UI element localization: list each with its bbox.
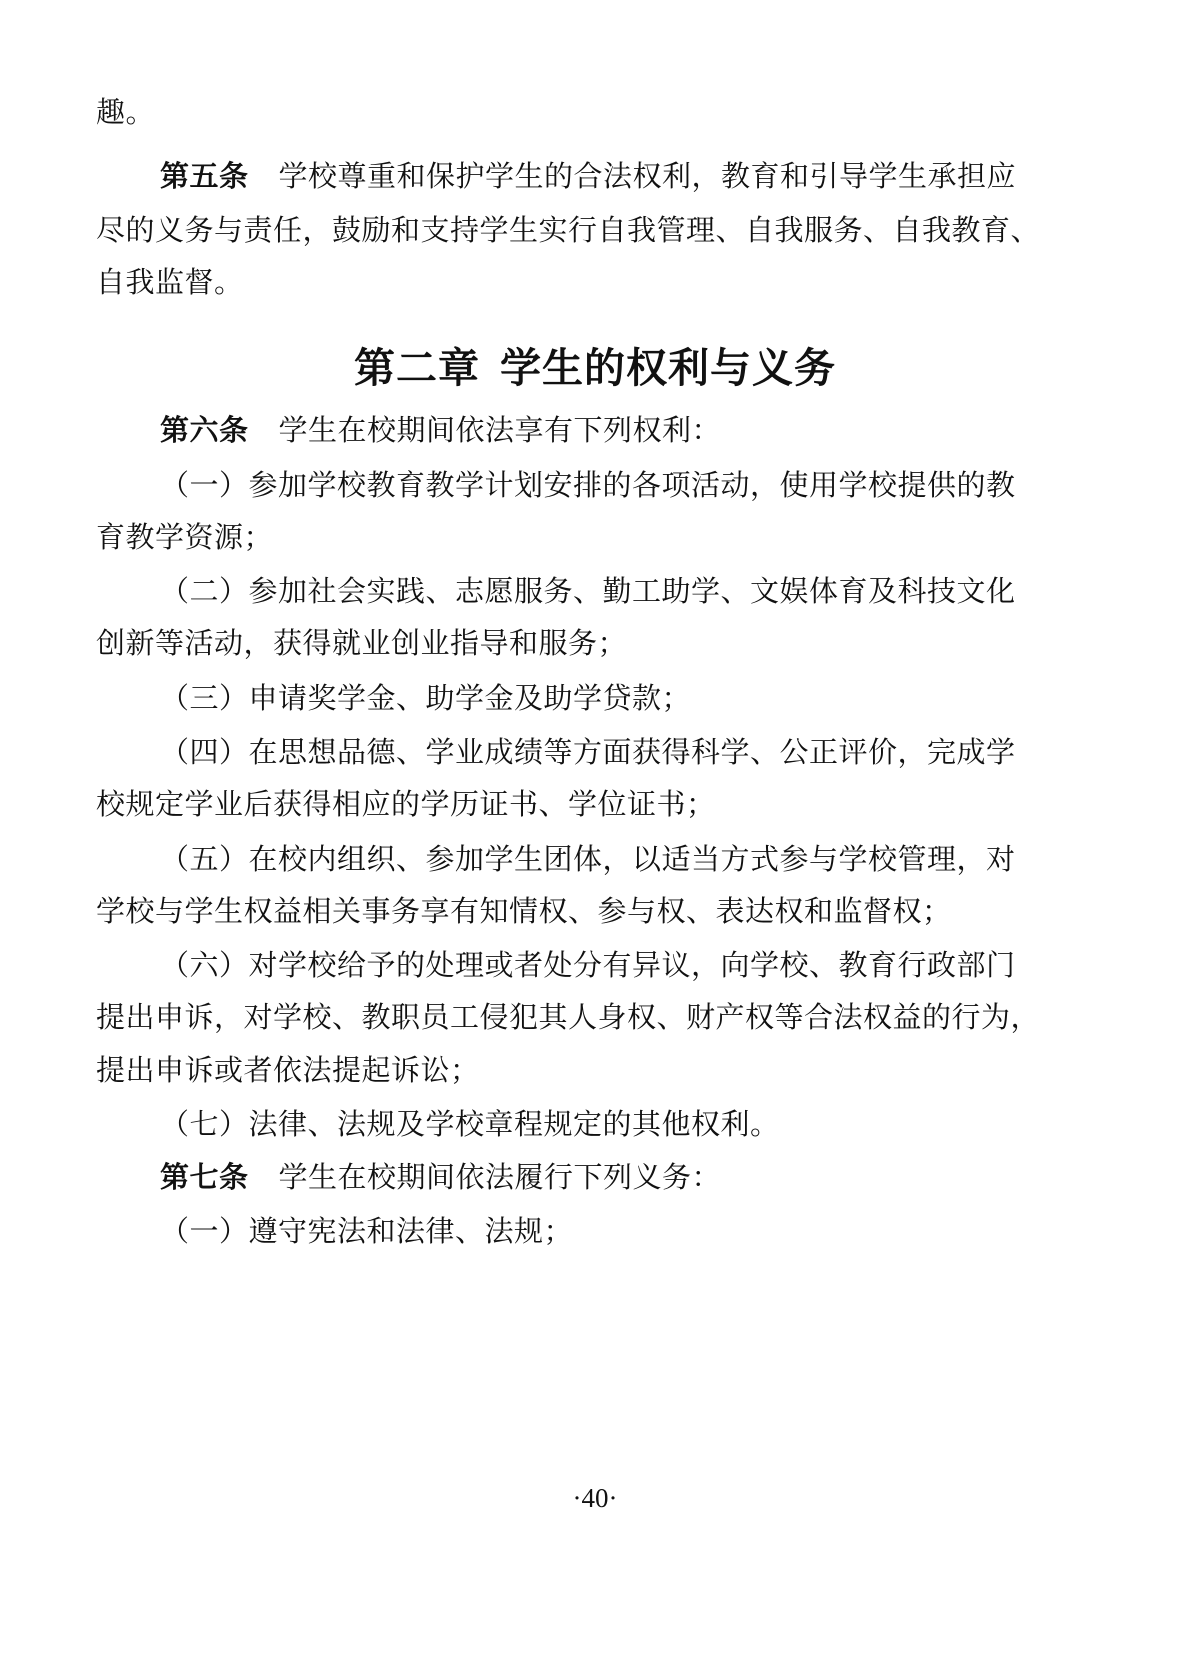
right-item-5-line-2: 学校与学生权益相关事务享有知情权、参与权、表达权和监督权； xyxy=(96,891,1096,931)
right-item-1-line-1: （一）参加学校教育教学计划安排的各项活动，使用学校提供的教 xyxy=(160,465,1160,505)
right-item-6-line-3: 提出申诉或者依法提起诉讼； xyxy=(96,1050,1096,1090)
continuation-text: 趣。 xyxy=(96,92,1096,132)
right-item-1-line-2: 育教学资源； xyxy=(96,517,1096,557)
article-5-line-1: 第五条学校尊重和保护学生的合法权利，教育和引导学生承担应 xyxy=(160,156,1160,196)
article-5-label: 第五条 xyxy=(160,159,249,193)
article-5-line-3: 自我监督。 xyxy=(96,262,1096,302)
right-item-7: （七）法律、法规及学校章程规定的其他权利。 xyxy=(160,1104,1160,1144)
chapter-heading: 第二章学生的权利与义务 xyxy=(0,340,1190,396)
chapter-title: 学生的权利与义务 xyxy=(500,344,836,392)
right-item-6-line-2: 提出申诉，对学校、教职员工侵犯其人身权、财产权等合法权益的行为， xyxy=(96,997,1096,1037)
right-item-4-line-2: 校规定学业后获得相应的学历证书、学位证书； xyxy=(96,784,1096,824)
right-item-2-line-2: 创新等活动，获得就业创业指导和服务； xyxy=(96,623,1096,663)
duty-item-1: （一）遵守宪法和法律、法规； xyxy=(160,1211,1160,1251)
right-item-6-line-1: （六）对学校给予的处理或者处分有异议，向学校、教育行政部门 xyxy=(160,945,1160,985)
document-page: 趣。 第五条学校尊重和保护学生的合法权利，教育和引导学生承担应 尽的义务与责任，… xyxy=(0,0,1190,1670)
right-item-5-line-1: （五）在校内组织、参加学生团体，以适当方式参与学校管理，对 xyxy=(160,839,1160,879)
right-item-2-line-1: （二）参加社会实践、志愿服务、勤工助学、文娱体育及科技文化 xyxy=(160,571,1160,611)
article-5-line-2: 尽的义务与责任，鼓励和支持学生实行自我管理、自我服务、自我教育、 xyxy=(96,210,1096,250)
article-6-label: 第六条 xyxy=(160,413,249,447)
right-item-4-line-1: （四）在思想品德、学业成绩等方面获得科学、公正评价，完成学 xyxy=(160,732,1160,772)
article-6-intro: 第六条学生在校期间依法享有下列权利： xyxy=(160,410,1160,450)
right-item-3: （三）申请奖学金、助学金及助学贷款； xyxy=(160,678,1160,718)
chapter-number: 第二章 xyxy=(354,344,480,392)
article-7-label: 第七条 xyxy=(160,1160,249,1194)
page-number: ·40· xyxy=(0,1480,1190,1516)
article-7-intro: 第七条学生在校期间依法履行下列义务： xyxy=(160,1157,1160,1197)
